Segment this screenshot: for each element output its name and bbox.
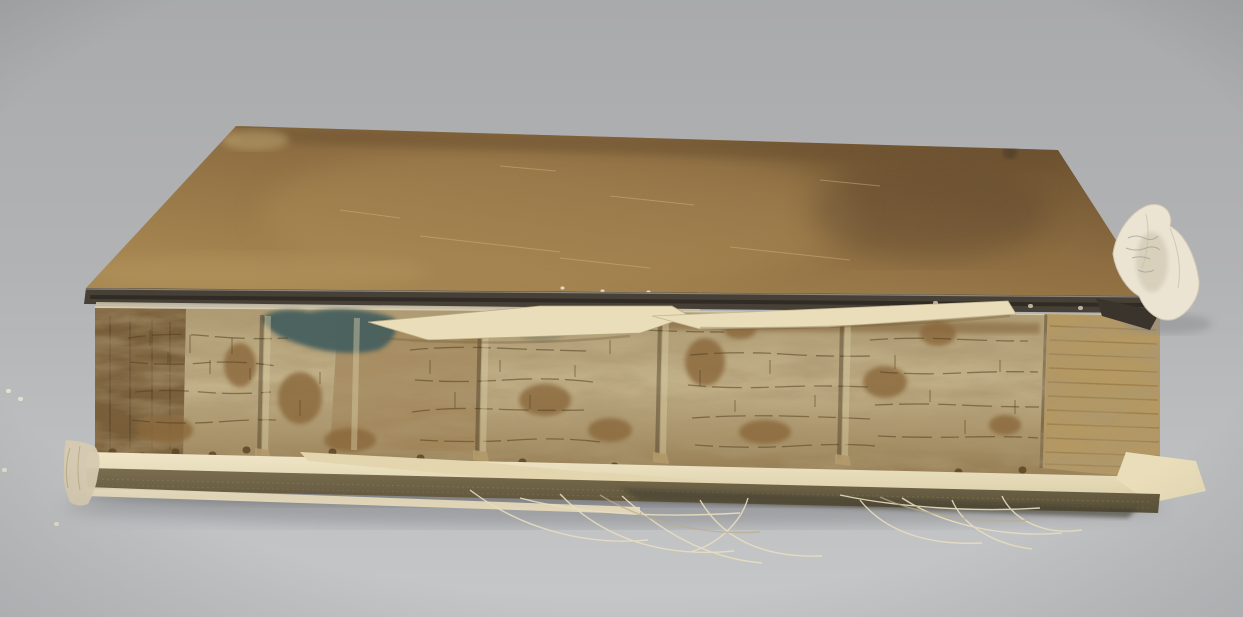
vignette-overlay — [0, 0, 1243, 617]
photo-antique-book — [0, 0, 1243, 617]
book-photo-svg — [0, 0, 1243, 617]
